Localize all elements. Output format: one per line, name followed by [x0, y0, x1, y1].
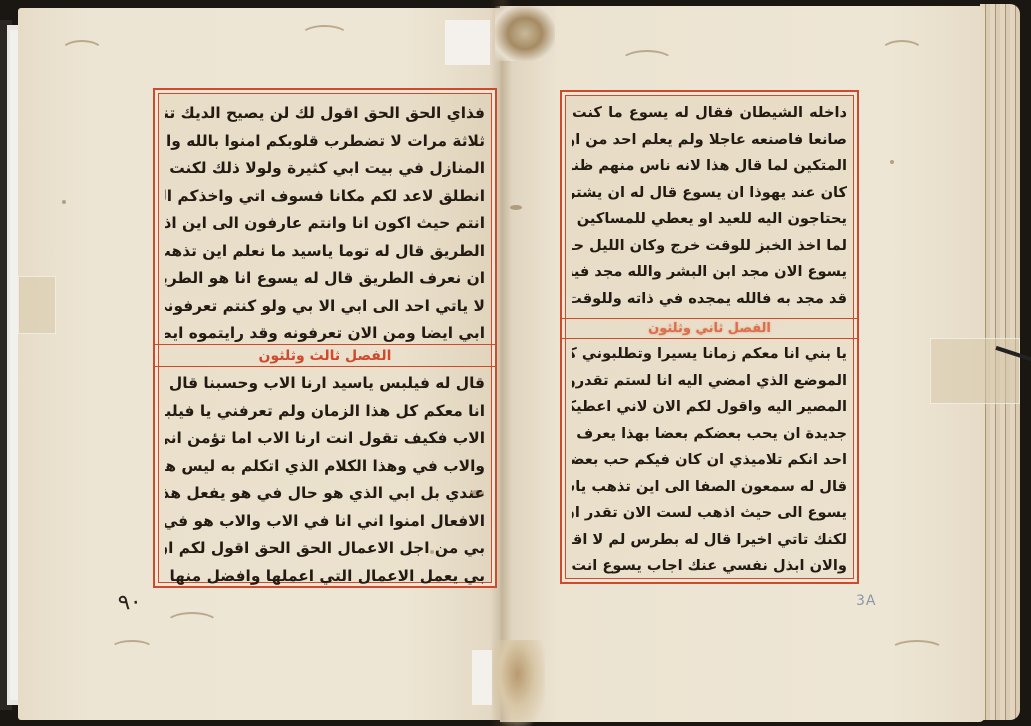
- text-line: والان ابذل نفسي عنك اجاب يسوع انت تبذل ن…: [572, 553, 847, 580]
- text-line: لا ياتي احد الى ابي الا بي ولو كنتم تعرف…: [165, 293, 485, 321]
- text-line: قال له سمعون الصفا الى اين تذهب ياسيد اج…: [572, 474, 847, 501]
- text-line: قد مجد به فالله يمجده في ذاته وللوقت يمج…: [572, 286, 847, 313]
- rule-line: [155, 366, 495, 367]
- left-top-text-block: فذاي الحق الحق اقول لك لن يصيح الديك تنك…: [165, 100, 485, 348]
- spine-damage-bottom: [490, 640, 545, 726]
- text-line: داخله الشيطان فقال له يسوع ما كنت: [572, 100, 847, 127]
- paper-repair-strip: [10, 30, 18, 700]
- text-line: يسوع الى حيث اذهب لست الان تقدر ان تتبعن…: [572, 500, 847, 527]
- text-line: يا بني انا معكم زمانا يسيرا وتطلبوني كما…: [572, 341, 847, 368]
- paper-repair-patch: [472, 650, 492, 705]
- rule-line: [562, 318, 857, 319]
- manuscript-spread: فذاي الحق الحق اقول لك لن يصيح الديك تنك…: [0, 0, 1031, 726]
- right-bottom-text-block: يا بني انا معكم زمانا يسيرا وتطلبوني كما…: [572, 341, 847, 580]
- text-line: قال له فيلبس ياسيد ارنا الاب وحسبنا قال …: [165, 370, 485, 398]
- text-line: ان نعرف الطريق قال له يسوع انا هو الطريق…: [165, 265, 485, 293]
- text-line: كان عند يهوذا ان يسوع قال له ان يشتري ما: [572, 180, 847, 207]
- text-line: انتم حيث اكون انا وانتم عارفون الى اين ا…: [165, 210, 485, 238]
- left-text-frame: فذاي الحق الحق اقول لك لن يصيح الديك تنك…: [153, 88, 497, 588]
- text-line: انا معكم كل هذا الزمان ولم تعرفني يا فيل…: [165, 398, 485, 426]
- text-line: الافعال امنوا اني انا في الاب والاب هو ف…: [165, 508, 485, 536]
- text-line: عندي بل ابي الذي هو حال في هو يفعل هذه: [165, 480, 485, 508]
- text-line: بي من اجل الاعمال الحق الحق اقول لكم ان …: [165, 535, 485, 563]
- folio-number-right: 3A: [856, 593, 876, 609]
- paper-repair-patch: [445, 20, 490, 65]
- stain: [890, 160, 894, 164]
- right-top-text-block: داخله الشيطان فقال له يسوع ما كنت صانعا …: [572, 100, 847, 312]
- folio-number-left: ٩٠: [117, 589, 143, 616]
- rule-line: [562, 338, 857, 339]
- chapter-heading: الفصل ثاني وثلثون: [562, 320, 857, 338]
- text-line: احد انكم تلاميذي ان كان فيكم حب بعضكم لب…: [572, 447, 847, 474]
- chapter-heading: الفصل ثالث وثلثون: [155, 346, 495, 366]
- wormhole-trail: [60, 40, 104, 64]
- left-bottom-text-block: قال له فيلبس ياسيد ارنا الاب وحسبنا قال …: [165, 370, 485, 590]
- text-line: انطلق لاعد لكم مكانا فسوف اتي واخذكم الي…: [165, 183, 485, 211]
- text-line: المصير اليه واقول لكم الان لاني اعطيكم و…: [572, 394, 847, 421]
- text-line: والاب في وهذا الكلام الذي اتكلم به ليس ه…: [165, 453, 485, 481]
- text-line: الطريق قال له توما ياسيد ما نعلم اين تذه…: [165, 238, 485, 266]
- rule-line: [155, 344, 495, 345]
- text-line: الموضع الذي امضي اليه انا لستم تقدرون عل…: [572, 368, 847, 395]
- text-line: المنازل في بيت ابي كثيرة ولولا ذلك لكنت …: [165, 155, 485, 183]
- stain: [510, 205, 522, 210]
- text-line: جديدة ان يحب بعضكم بعضا بهذا يعرف كل: [572, 421, 847, 448]
- text-line: المتكين لما قال هذا لانه ناس منهم ظنوا م…: [572, 153, 847, 180]
- text-line: صانعا فاصنعه عاجلا ولم يعلم احد من اولئك: [572, 127, 847, 154]
- wormhole-trail: [880, 40, 924, 64]
- hinge-tab-left: [18, 276, 56, 334]
- text-line: ثلاثة مرات لا تضطرب قلوبكم امنوا بالله و…: [165, 128, 485, 156]
- stain: [62, 200, 66, 204]
- text-line: يحتاجون اليه للعيد او يعطي للمساكين شيا …: [572, 206, 847, 233]
- wormhole-trail: [890, 640, 944, 660]
- text-line: بي يعمل الاعمال التي اعملها وافضل منها ي…: [165, 563, 485, 591]
- text-line: الاب فكيف تقول انت ارنا الاب اما تؤمن ان…: [165, 425, 485, 453]
- right-text-frame: داخله الشيطان فقال له يسوع ما كنت صانعا …: [560, 90, 859, 584]
- hinge-tab-right: [930, 338, 1020, 404]
- wormhole-trail: [110, 640, 154, 658]
- text-line: يسوع الان مجد ابن البشر والله مجد فيه وا…: [572, 259, 847, 286]
- spine-damage-top: [495, 6, 555, 61]
- wormhole-trail: [165, 612, 219, 636]
- text-line: لما اخذ الخبز للوقت خرج وكان الليل حين خ…: [572, 233, 847, 260]
- text-line: لكنك تاتي اخيرا قال له بطرس لم لا اقدر ا…: [572, 527, 847, 554]
- wormhole-trail: [300, 25, 349, 47]
- text-line: فذاي الحق الحق اقول لك لن يصيح الديك تنك…: [165, 100, 485, 128]
- wormhole-trail: [620, 50, 674, 74]
